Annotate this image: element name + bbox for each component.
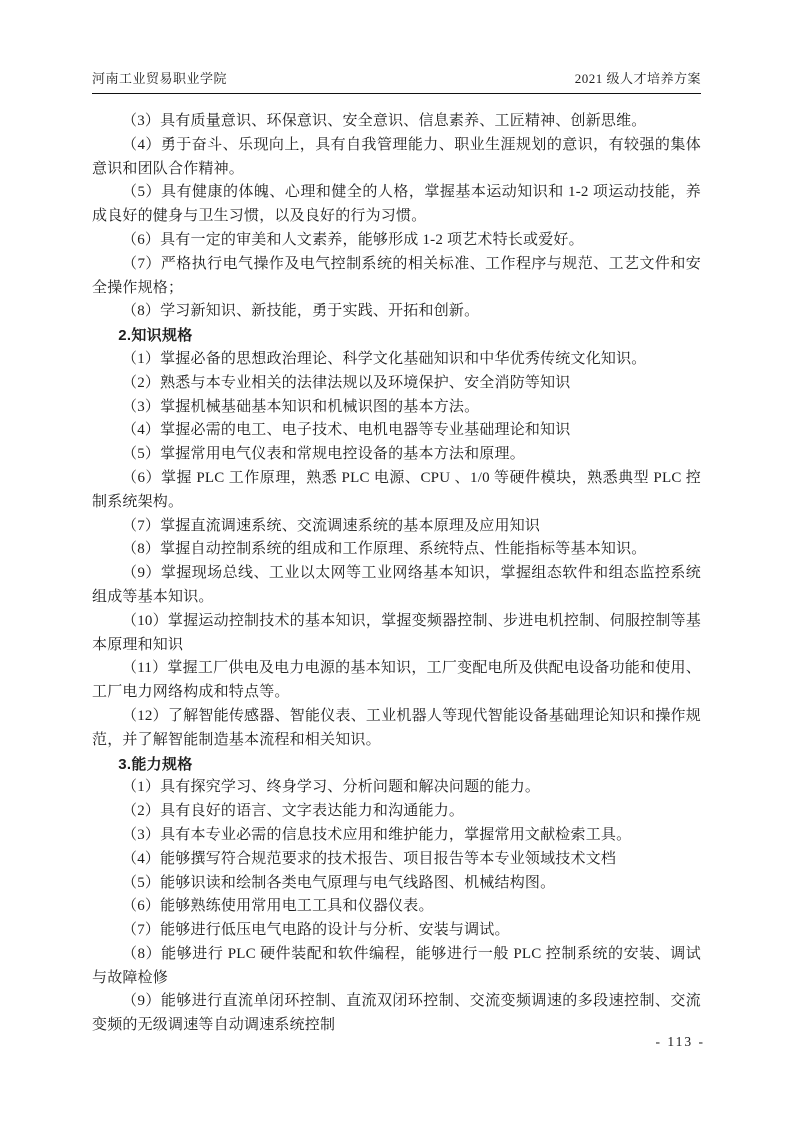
paragraph: （4）能够撰写符合规范要求的技术报告、项目报告等本专业领域技术文档 [92, 848, 701, 872]
page-number: - 113 - [656, 1034, 706, 1050]
header-school-name: 河南工业贸易职业学院 [92, 70, 227, 88]
page-header: 河南工业贸易职业学院 2021 级人才培养方案 [92, 70, 701, 94]
document-page: 河南工业贸易职业学院 2021 级人才培养方案 （3）具有质量意识、环保意识、安… [0, 0, 793, 1122]
paragraph: （4）勇于奋斗、乐现向上，具有自我管理能力、职业生涯规划的意识，有较强的集体意识… [92, 134, 701, 182]
paragraph: （5）能够识读和绘制各类电气原理与电气线路图、机械结构图。 [92, 872, 701, 896]
paragraph: （9）掌握现场总线、工业以太网等工业网络基本知识，掌握组态软件和组态监控系统组成… [92, 562, 701, 610]
paragraph: （7）能够进行低压电气电路的设计与分析、安装与调试。 [92, 919, 701, 943]
paragraph: （3）具有质量意识、环保意识、安全意识、信息素养、工匠精神、创新思维。 [92, 110, 701, 134]
section-heading: 3.能力规格 [92, 753, 701, 777]
paragraph: （6）具有一定的审美和人文素养，能够形成 1-2 项艺术特长或爱好。 [92, 229, 701, 253]
header-plan-title: 2021 级人才培养方案 [575, 70, 701, 88]
paragraph: （11）掌握工厂供电及电力电源的基本知识，工厂变配电所及供配电设备功能和使用、工… [92, 657, 701, 705]
document-body: （3）具有质量意识、环保意识、安全意识、信息素养、工匠精神、创新思维。（4）勇于… [92, 110, 701, 1038]
paragraph: （2）熟悉与本专业相关的法律法规以及环境保护、安全消防等知识 [92, 372, 701, 396]
paragraph: （7）掌握直流调速系统、交流调速系统的基本原理及应用知识 [92, 515, 701, 539]
paragraph: （1）掌握必备的思想政治理论、科学文化基础知识和中华优秀传统文化知识。 [92, 348, 701, 372]
section-heading: 2.知识规格 [92, 324, 701, 348]
paragraph: （6）掌握 PLC 工作原理，熟悉 PLC 电源、CPU 、1/0 等硬件模块，… [92, 467, 701, 515]
paragraph: （3）具有本专业必需的信息技术应用和维护能力，掌握常用文献检索工具。 [92, 824, 701, 848]
paragraph: （5）掌握常用电气仪表和常规电控设备的基本方法和原理。 [92, 443, 701, 467]
paragraph: （4）掌握必需的电工、电子技术、电机电器等专业基础理论和知识 [92, 419, 701, 443]
paragraph: （8）学习新知识、新技能，勇于实践、开拓和创新。 [92, 300, 701, 324]
paragraph: （1）具有探究学习、终身学习、分析问题和解决问题的能力。 [92, 776, 701, 800]
paragraph: （8）能够进行 PLC 硬件装配和软件编程，能够进行一般 PLC 控制系统的安装… [92, 943, 701, 991]
paragraph: （9）能够进行直流单闭环控制、直流双闭环控制、交流变频调速的多段速控制、交流变频… [92, 990, 701, 1038]
paragraph: （5）具有健康的体魄、心理和健全的人格，掌握基本运动知识和 1-2 项运动技能，… [92, 181, 701, 229]
paragraph: （12）了解智能传感器、智能仪表、工业机器人等现代智能设备基础理论知识和操作规范… [92, 705, 701, 753]
paragraph: （3）掌握机械基础基本知识和机械识图的基本方法。 [92, 396, 701, 420]
paragraph: （7）严格执行电气操作及电气控制系统的相关标准、工作程序与规范、工艺文件和安全操… [92, 253, 701, 301]
paragraph: （10）掌握运动控制技术的基本知识，掌握变频器控制、步进电机控制、伺服控制等基本… [92, 610, 701, 658]
paragraph: （2）具有良好的语言、文字表达能力和沟通能力。 [92, 800, 701, 824]
paragraph: （6）能够熟练使用常用电工工具和仪器仪表。 [92, 895, 701, 919]
paragraph: （8）掌握自动控制系统的组成和工作原理、系统特点、性能指标等基本知识。 [92, 538, 701, 562]
